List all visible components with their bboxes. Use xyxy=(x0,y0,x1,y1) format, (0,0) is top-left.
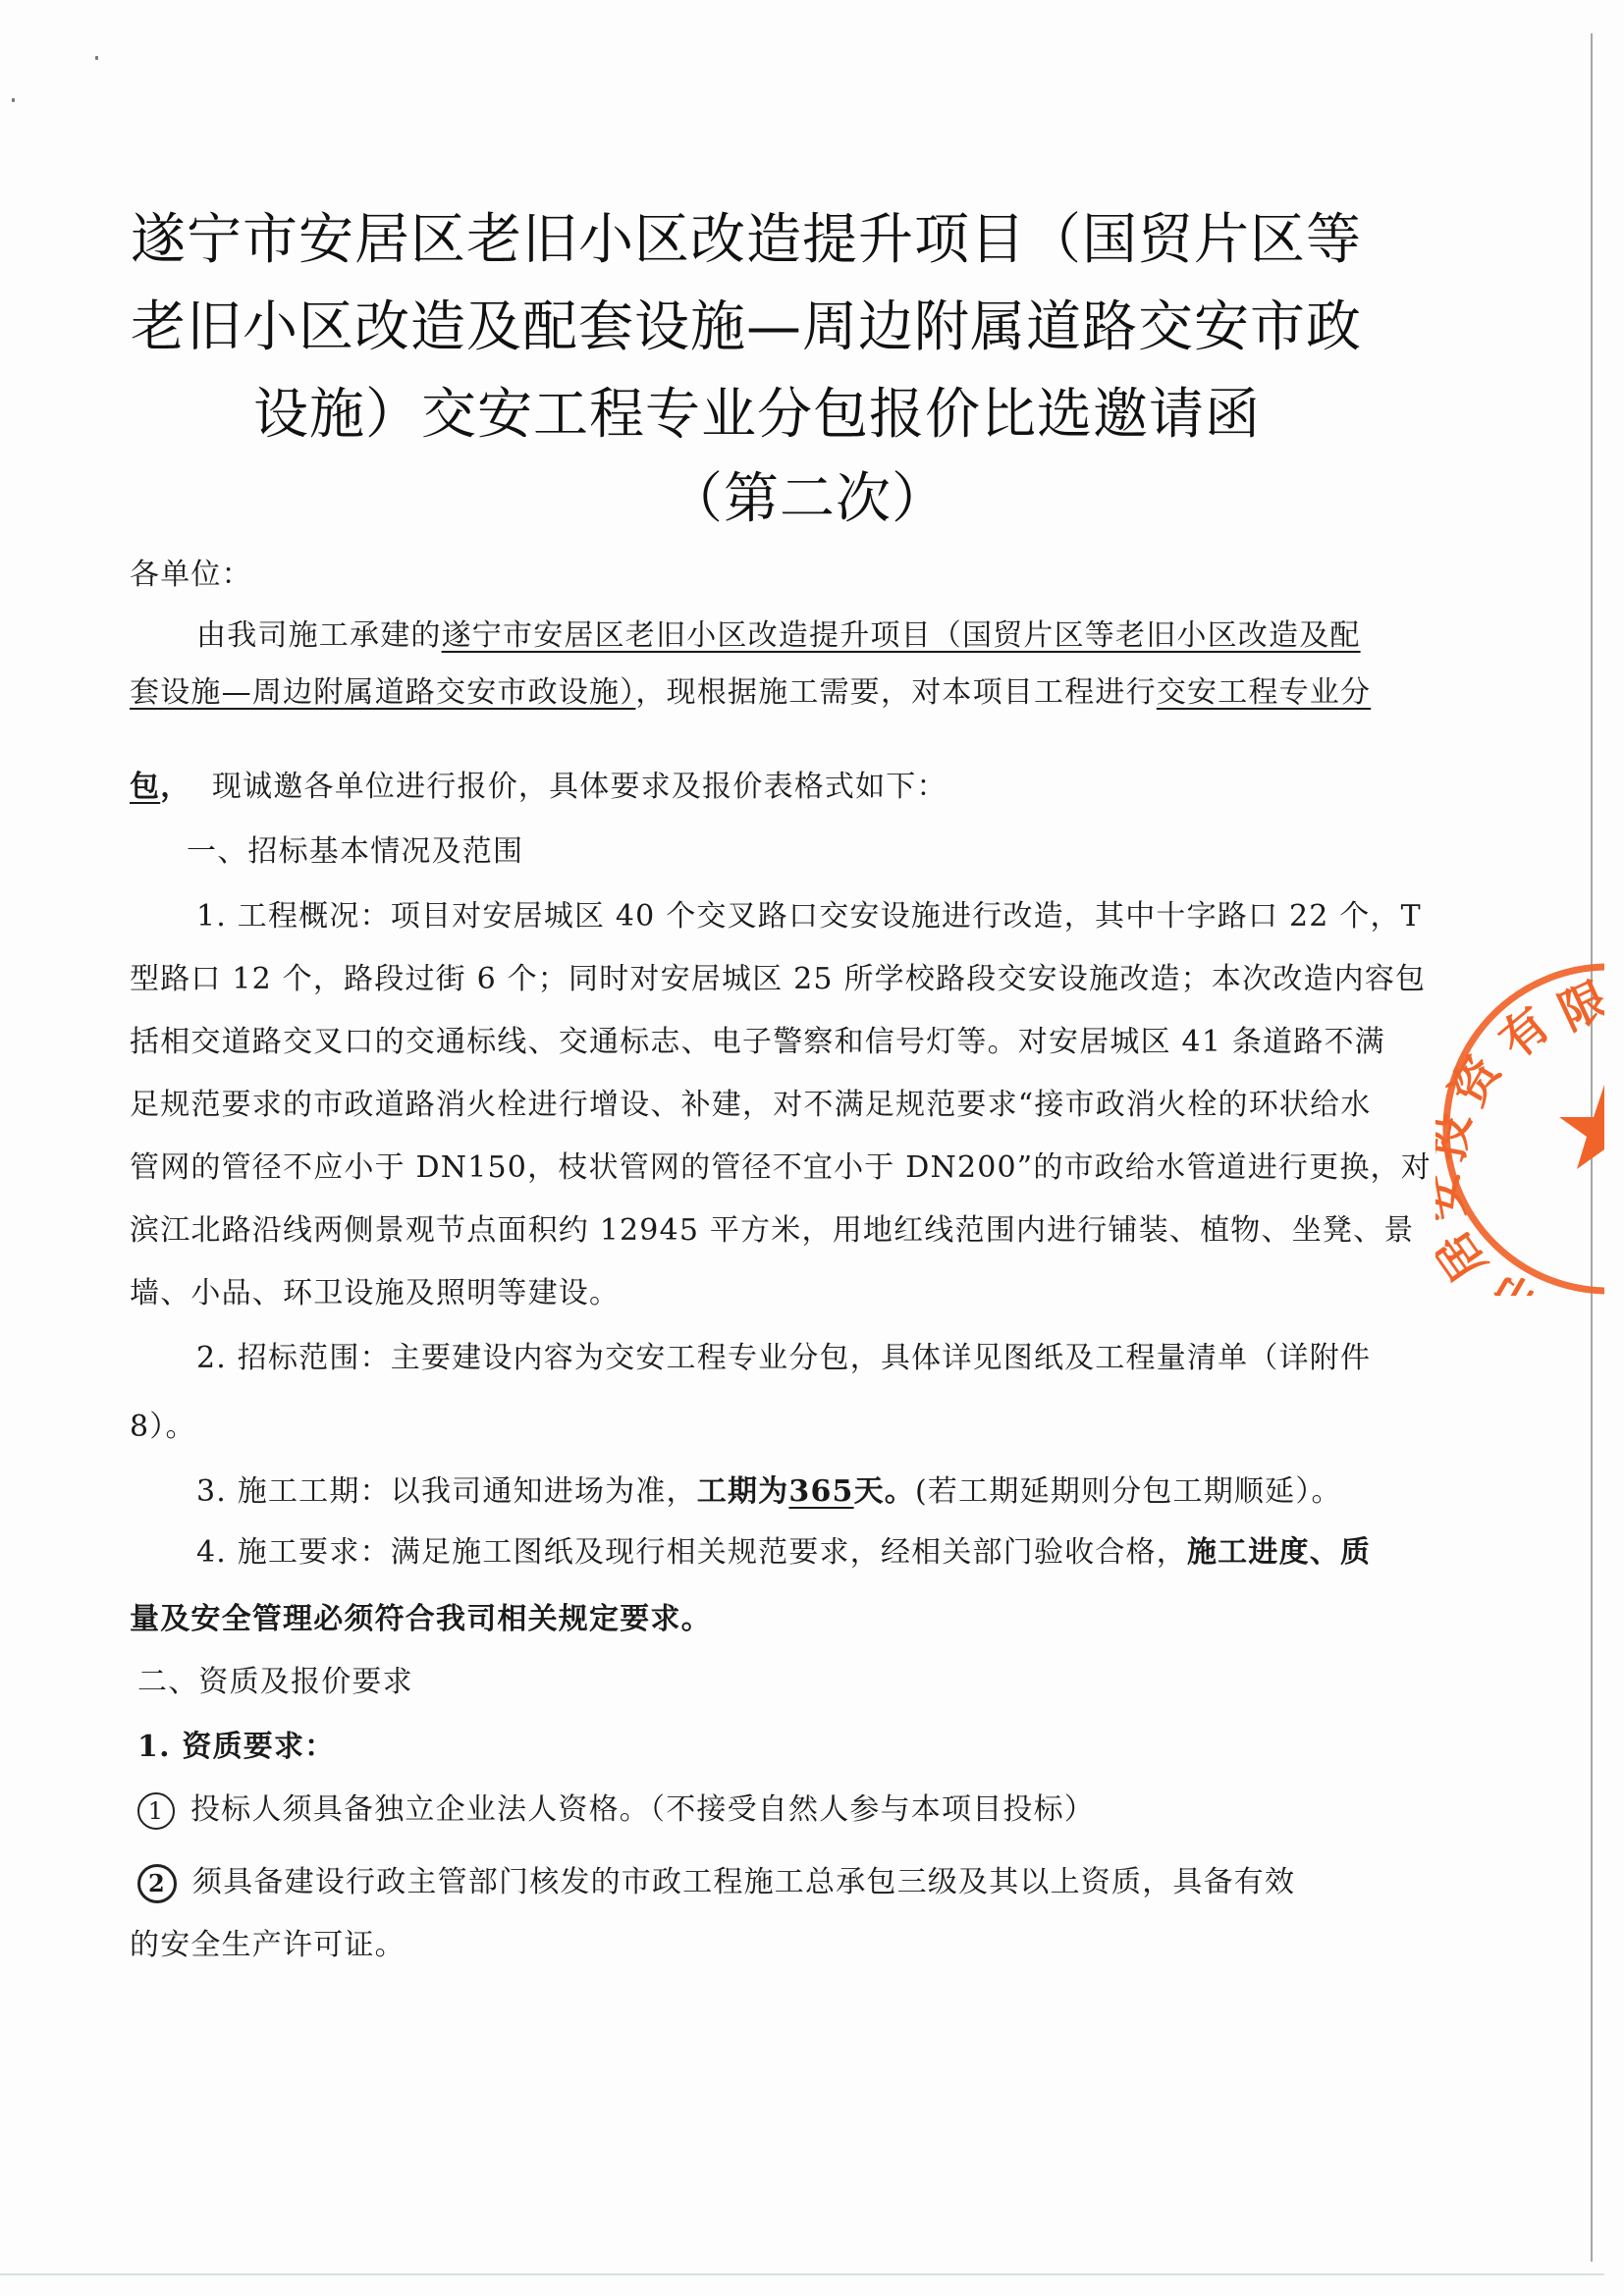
item2-line-1: 2. 招标范围：主要建设内容为交安工程专业分包，具体详见图纸及工程量清单（详附件 xyxy=(196,1339,1371,1378)
item1-line-5: 管网的管径不应小于 DN150，枝状管网的管径不宜小于 DN200”的市政给水管… xyxy=(130,1148,1432,1188)
item4-bold: 施工进度、质 xyxy=(1187,1535,1371,1570)
item3-suffix: (若工期延期则分包工期顺延）。 xyxy=(915,1474,1342,1509)
svg-text:投: 投 xyxy=(1435,1109,1481,1165)
svg-text:安: 安 xyxy=(1435,1169,1475,1225)
svg-text:限: 限 xyxy=(1550,972,1604,1041)
scope-underlined: 交安工程专业分 xyxy=(1157,675,1371,710)
qualification-subheading: 1. 资质要求： xyxy=(137,1728,335,1767)
item1-line-7: 墙、小品、环卫设施及照明等建设。 xyxy=(130,1274,620,1313)
item1-line-4: 足规范要求的市政道路消火栓进行增设、补建，对不满足规范要求“接市政消火栓的环状给… xyxy=(130,1086,1372,1125)
item1-line-3: 括相交道路交叉口的交通标线、交通标志、电子警察和信号灯等。对安居城区 41 条道… xyxy=(130,1023,1385,1062)
item4-plain: 4. 施工要求：满足施工图纸及现行相关规范要求，经相关部门验收合格， xyxy=(196,1535,1187,1570)
intro-line-3: 包， 现诚邀各单位进行报价，具体要求及报价表格式如下： xyxy=(130,768,947,807)
intro-line-1: 由我司施工承建的遂宁市安居区老旧小区改造提升项目（国贸片区等老旧小区改造及配 xyxy=(196,616,1361,656)
page-edge-line-bottom xyxy=(0,2273,1604,2275)
duration-days: 365 xyxy=(788,1474,853,1509)
requirement-1-text: 投标人须具备独立企业法人资格。（不接受自然人参与本项目投标） xyxy=(190,1792,1095,1827)
project-name-underlined-cont: 套设施—周边附属道路交安市政设施） xyxy=(130,675,635,710)
official-seal-stamp: 限 有 资 投 安 居 市 宁 xyxy=(1435,962,1604,1296)
title-line-4: （第二次） xyxy=(668,455,947,543)
item3-prefix: 3. 施工工期：以我司通知进场为准， xyxy=(196,1474,697,1509)
item1-line-1: 1. 工程概况：项目对安居城区 40 个交叉路口交安设施进行改造，其中十字路口 … xyxy=(196,897,1422,936)
requirement-2-text: 须具备建设行政主管部门核发的市政工程施工总承包三级及其以上资质，具备有效 xyxy=(192,1865,1295,1899)
item1-line-2: 型路口 12 个，路段过街 6 个；同时对安居城区 25 所学校路段交安设施改造… xyxy=(130,960,1426,999)
title-line-2: 老旧小区改造及配套设施—周边附属道路交安市政 xyxy=(131,284,1362,371)
circled-number-1: 1 xyxy=(137,1792,175,1830)
scope-underlined-end: 包 xyxy=(130,770,160,804)
requirement-2-cont: 的安全生产许可证。 xyxy=(130,1926,406,1965)
intro-prefix: 由我司施工承建的 xyxy=(196,618,442,653)
intro-middle: ，现根据施工需要，对本项目工程进行 xyxy=(635,675,1156,710)
item3-bold-suffix: 天。 xyxy=(854,1474,915,1509)
item3-bold-prefix: 工期为 xyxy=(697,1474,789,1509)
intro-line-2: 套设施—周边附属道路交安市政设施），现根据施工需要，对本项目工程进行交安工程专业… xyxy=(130,673,1371,713)
requirement-1: 1投标人须具备独立企业法人资格。（不接受自然人参与本项目投标） xyxy=(137,1790,1095,1830)
item4-line-2: 量及安全管理必须符合我司相关规定要求。 xyxy=(130,1600,712,1639)
item3-construction-period: 3. 施工工期：以我司通知进场为准，工期为365天。(若工期延期则分包工期顺延）… xyxy=(196,1472,1342,1512)
seal-icon: 限 有 资 投 安 居 市 宁 xyxy=(1435,962,1604,1296)
svg-text:居: 居 xyxy=(1435,1221,1497,1291)
salutation: 各单位： xyxy=(130,556,252,595)
item2-line-2: 8）。 xyxy=(130,1408,196,1447)
bold-comma: ， xyxy=(160,770,190,804)
item1-line-6: 滨江北路沿线两侧景观节点面积约 12945 平方米，用地红线范围内进行铺装、植物… xyxy=(130,1211,1415,1251)
title-line-1: 遂宁市安居区老旧小区改造提升项目（国贸片区等 xyxy=(131,196,1362,284)
item4-line-1: 4. 施工要求：满足施工图纸及现行相关规范要求，经相关部门验收合格，施工进度、质 xyxy=(196,1533,1371,1573)
scan-speck xyxy=(95,56,98,60)
scan-speck xyxy=(12,98,15,102)
requirement-2: 2须具备建设行政主管部门核发的市政工程施工总承包三级及其以上资质，具备有效 xyxy=(137,1863,1295,1903)
project-name-underlined: 遂宁市安居区老旧小区改造提升项目（国贸片区等老旧小区改造及配 xyxy=(442,618,1361,653)
section-2-heading: 二、资质及报价要求 xyxy=(137,1663,413,1702)
circled-number-2: 2 xyxy=(137,1864,177,1903)
intro-rest: 现诚邀各单位进行报价，具体要求及报价表格式如下： xyxy=(212,770,947,804)
title-line-3: 设施）交安工程专业分包报价比选邀请函 xyxy=(253,371,1261,458)
section-1-heading: 一、招标基本情况及范围 xyxy=(187,832,523,872)
